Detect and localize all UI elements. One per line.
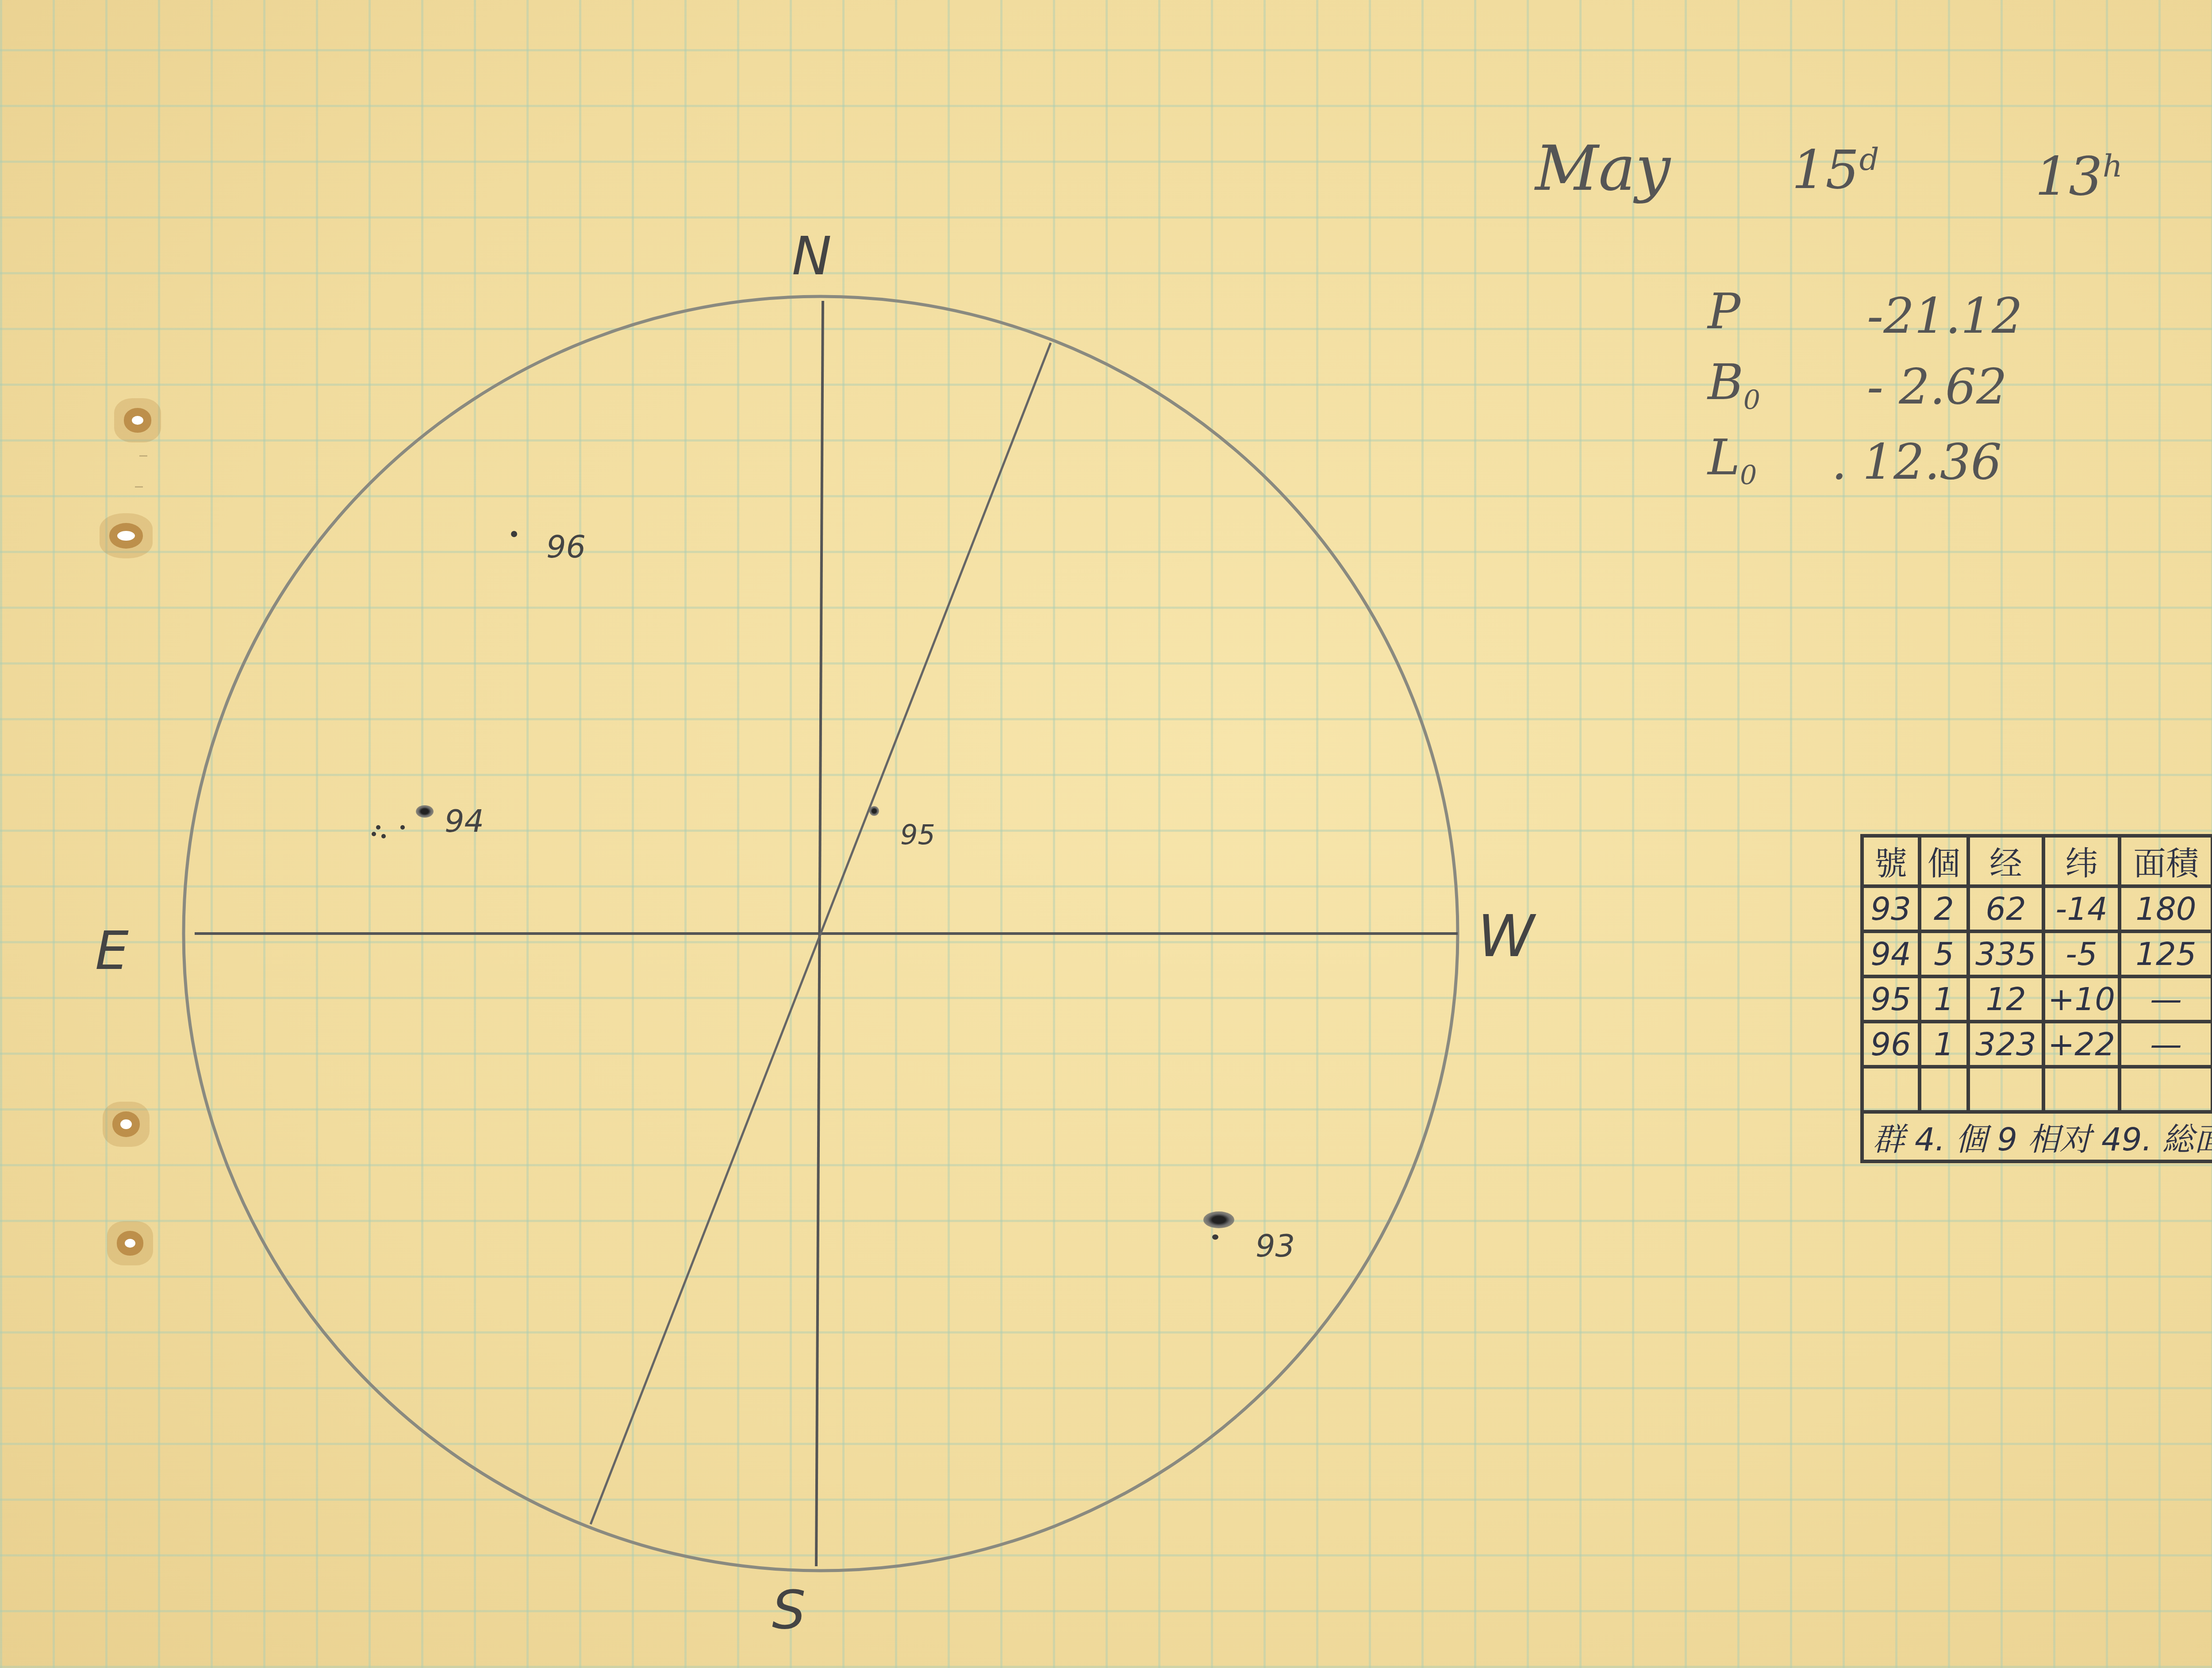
table-row: 94 5 335 -5 125 <box>1862 931 2212 976</box>
b0-letter: B <box>1708 354 1743 411</box>
cell: 335 <box>1968 931 2043 976</box>
cell: 5 <box>1920 931 1968 976</box>
day-value: 15 <box>1792 139 1859 201</box>
ephemeris-B0-label: B0 <box>1708 354 1760 416</box>
cell <box>1862 1067 1920 1112</box>
ephemeris-P-label: P <box>1708 283 1740 340</box>
north-label: N <box>792 226 832 287</box>
sunspot-label-96: 96 <box>546 529 586 565</box>
east-label: E <box>95 920 129 982</box>
sunspot-93-follower <box>1212 1234 1218 1240</box>
cell: — <box>2120 976 2212 1022</box>
sunspot-94-small <box>381 834 386 838</box>
l0-letter: L <box>1708 429 1740 486</box>
ephemeris-B0-value: - 2.62 <box>1867 358 2007 415</box>
cell: 95 <box>1862 976 1920 1022</box>
cell: 1 <box>1920 976 1968 1022</box>
cell: 94 <box>1862 931 1920 976</box>
cell <box>1920 1067 1968 1112</box>
hour-unit: h <box>2103 148 2123 184</box>
cell: 96 <box>1862 1022 1920 1067</box>
cell: +10 <box>2043 976 2120 1022</box>
cell: 1 <box>1920 1022 1968 1067</box>
west-label: W <box>1478 903 1535 970</box>
cell: -14 <box>2043 886 2120 931</box>
header-number: 號 <box>1862 836 1920 886</box>
sunspot-94-small <box>372 832 376 836</box>
sunspot-label-95: 95 <box>900 819 935 851</box>
cell <box>2043 1067 2120 1112</box>
sunspot-94-main <box>416 805 434 818</box>
cell: -5 <box>2043 931 2120 976</box>
table-row: 95 1 12 +10 — 95 <box>1862 976 2212 1022</box>
summary-text: 群 4. 個 9 相对 49. 総面積 305 <box>1862 1112 2212 1161</box>
cell: +22 <box>2043 1022 2120 1067</box>
ephemeris-L0-value: . 12.36 <box>1832 434 2002 490</box>
observation-day: 15d <box>1792 139 1879 201</box>
cell: 2 <box>1920 886 1968 931</box>
observation-month: May <box>1535 133 1671 205</box>
cell: 62 <box>1968 886 2043 931</box>
table-row: 93 2 62 -14 180 93 <box>1862 886 2212 931</box>
sunspot-label-94: 94 <box>445 803 484 839</box>
sunspot-96 <box>511 531 517 537</box>
sunspot-label-93: 93 <box>1256 1228 1295 1264</box>
cell: 180 <box>2120 886 2212 931</box>
table-summary-row: 群 4. 個 9 相对 49. 総面積 305 <box>1862 1112 2212 1161</box>
header-count: 個 <box>1920 836 1968 886</box>
cell: — <box>2120 1022 2212 1067</box>
b0-subscript: 0 <box>1743 385 1760 416</box>
table-header-row: 號 個 经 纬 面積 初 中 末 <box>1862 836 2212 886</box>
header-longitude: 经 <box>1968 836 2043 886</box>
cell: 93 <box>1862 886 1920 931</box>
cell <box>1968 1067 2043 1112</box>
header-area: 面積 <box>2120 836 2212 886</box>
sunspot-93-main <box>1203 1211 1234 1228</box>
sunspot-94-small <box>376 825 380 830</box>
hour-value: 13 <box>2035 146 2103 208</box>
sunspot-94-small <box>400 825 405 830</box>
ephemeris-L0-label: L0 <box>1708 429 1757 491</box>
cell: 323 <box>1968 1022 2043 1067</box>
table-row-empty <box>1862 1067 2212 1112</box>
table-row: 96 1 323 +22 — <box>1862 1022 2212 1067</box>
observation-hour: 13h <box>2035 146 2123 208</box>
south-label: S <box>772 1580 806 1641</box>
sunspot-record-table: 號 個 经 纬 面積 初 中 末 93 2 62 -14 180 93 94 5… <box>1860 834 2212 1163</box>
ephemeris-P-value: -21.12 <box>1867 288 2023 344</box>
header-latitude: 纬 <box>2043 836 2120 886</box>
cell: 125 <box>2120 931 2212 976</box>
l0-subscript: 0 <box>1740 460 1757 491</box>
day-unit: d <box>1859 141 1879 177</box>
cell: 12 <box>1968 976 2043 1022</box>
cell <box>2120 1067 2212 1112</box>
sunspot-95 <box>869 806 879 816</box>
